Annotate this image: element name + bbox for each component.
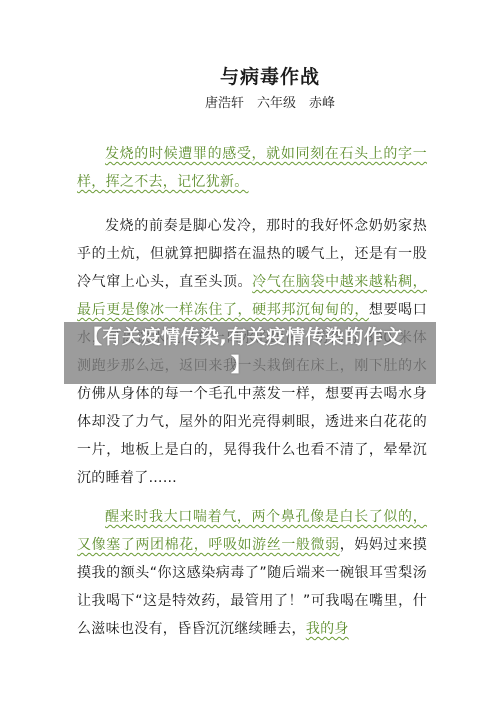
paragraph-1: 发烧的时候遭罪的感受，就如同刻在石头上的字一样，挥之不去，记忆犹新。 xyxy=(77,140,427,196)
overlay-title-text: 【有关疫情传染,有关疫情传染的作文 xyxy=(83,326,403,348)
paragraph-3: 醒来时我大口喘着气，两个鼻孔像是白长了似的，又像塞了两团棉花，呼吸如游丝一般微弱… xyxy=(77,503,427,643)
overlay-article-title[interactable]: 【有关疫情传染,有关疫情传染的作文 】 xyxy=(83,322,433,378)
overlay-title-close-bracket: 】 xyxy=(231,352,433,378)
author-byline: 唐浩轩 六年级 赤峰 xyxy=(0,92,500,111)
highlighted-sentence: 我的身 xyxy=(306,621,349,637)
highlighted-sentence: 发烧的时候遭罪的感受，就如同刻在石头上的字一样，挥之不去，记忆犹新。 xyxy=(77,146,427,190)
essay-title: 与病毒作战 xyxy=(0,62,500,89)
